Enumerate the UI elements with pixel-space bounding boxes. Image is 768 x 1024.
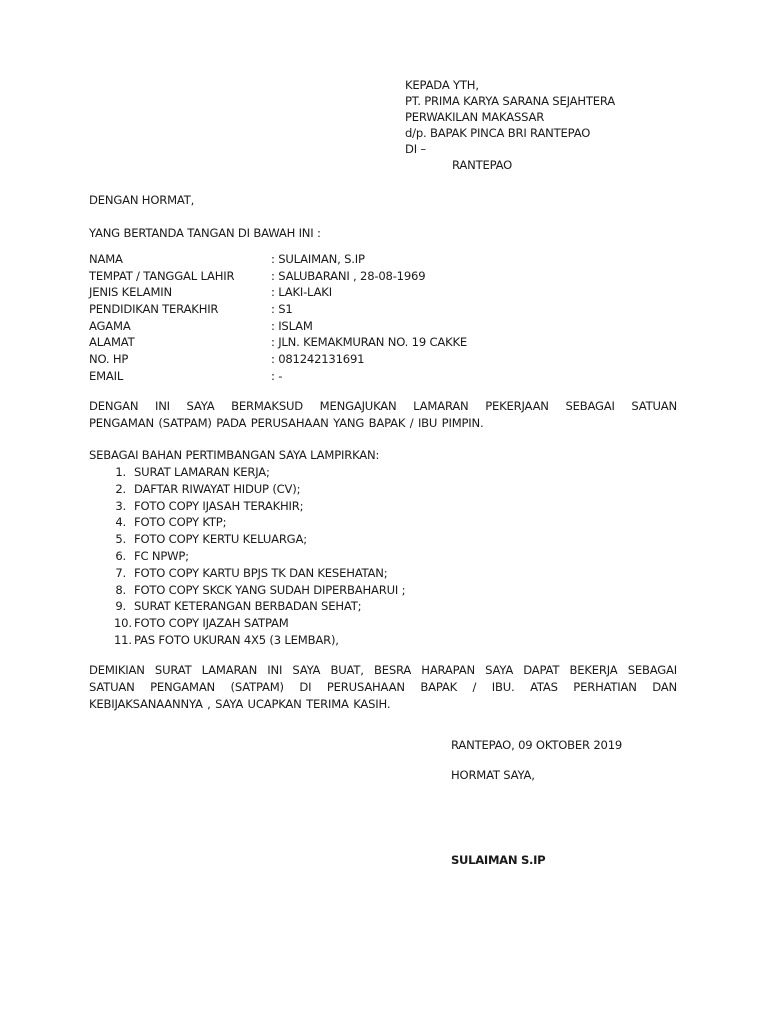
list-item: 5.FOTO COPY KERTU KELUARGA;	[89, 531, 405, 548]
list-text: PAS FOTO UKURAN 4X5 (3 LEMBAR),	[134, 632, 339, 649]
identity-label: JENIS KELAMIN	[89, 284, 271, 301]
list-number: 8.	[89, 582, 134, 599]
list-text: FOTO COPY KERTU KELUARGA;	[134, 531, 307, 548]
identity-value: : SALUBARANI , 28-08-1969	[271, 268, 425, 285]
attachments-list: 1.SURAT LAMARAN KERJA; 2.DAFTAR RIWAYAT …	[89, 464, 405, 649]
list-number: 1.	[89, 464, 134, 481]
identity-row-email: EMAIL : -	[89, 368, 467, 385]
list-number: 4.	[89, 514, 134, 531]
list-text: SURAT LAMARAN KERJA;	[134, 464, 270, 481]
identity-value: : LAKI-LAKI	[271, 284, 332, 301]
letter-page: KEPADA YTH, PT. PRIMA KARYA SARANA SEJAH…	[0, 0, 768, 1024]
list-item: 11.PAS FOTO UKURAN 4X5 (3 LEMBAR),	[89, 632, 405, 649]
identity-table: NAMA : SULAIMAN, S.IP TEMPAT / TANGGAL L…	[89, 251, 467, 385]
recipient-line: DI –	[405, 141, 615, 157]
identity-label: NO. HP	[89, 351, 271, 368]
identity-label: PENDIDIKAN TERAKHIR	[89, 301, 271, 318]
recipient-line: d/p. BAPAK PINCA BRI RANTEPAO	[405, 125, 615, 141]
identity-label: AGAMA	[89, 318, 271, 335]
identity-row-phone: NO. HP : 081242131691	[89, 351, 467, 368]
identity-value: : SULAIMAN, S.IP	[271, 251, 365, 268]
attachments-heading: SEBAGAI BAHAN PERTIMBANGAN SAYA LAMPIRKA…	[89, 447, 379, 464]
list-text: DAFTAR RIWAYAT HIDUP (CV);	[134, 481, 300, 498]
list-item: 8.FOTO COPY SKCK YANG SUDAH DIPERBAHARUI…	[89, 582, 405, 599]
list-item: 9.SURAT KETERANGAN BERBADAN SEHAT;	[89, 598, 405, 615]
paragraph-line: KEBIJAKSANAANNYA , SAYA UCAPKAN TERIMA K…	[89, 696, 677, 713]
list-number: 10.	[89, 615, 134, 632]
list-number: 9.	[89, 598, 134, 615]
identity-label: TEMPAT / TANGGAL LAHIR	[89, 268, 271, 285]
identity-value: : ISLAM	[271, 318, 313, 335]
place-date: RANTEPAO, 09 OKTOBER 2019	[451, 737, 622, 753]
list-item: 1.SURAT LAMARAN KERJA;	[89, 464, 405, 481]
list-number: 11.	[89, 632, 134, 649]
identity-label: NAMA	[89, 251, 271, 268]
list-item: 6.FC NPWP;	[89, 548, 405, 565]
closing-paragraph: DEMIKIAN SURAT LAMARAN INI SAYA BUAT, BE…	[89, 662, 677, 713]
identity-label: ALAMAT	[89, 334, 271, 351]
list-text: SURAT KETERANGAN BERBADAN SEHAT;	[134, 598, 361, 615]
identity-row-religion: AGAMA : ISLAM	[89, 318, 467, 335]
identity-value: : JLN. KEMAKMURAN NO. 19 CAKKE	[271, 334, 467, 351]
list-number: 7.	[89, 565, 134, 582]
list-item: 7.FOTO COPY KARTU BPJS TK DAN KESEHATAN;	[89, 565, 405, 582]
list-number: 6.	[89, 548, 134, 565]
recipient-line: PT. PRIMA KARYA SARANA SEJAHTERA	[405, 93, 615, 109]
list-number: 5.	[89, 531, 134, 548]
recipient-line: KEPADA YTH,	[405, 77, 615, 93]
list-text: FOTO COPY IJASAH TERAKHIR;	[134, 498, 303, 515]
identity-value: : 081242131691	[271, 351, 364, 368]
application-paragraph: DENGAN INI SAYA BERMAKSUD MENGAJUKAN LAM…	[89, 398, 677, 432]
identity-row-education: PENDIDIKAN TERAKHIR : S1	[89, 301, 467, 318]
identity-row-birth: TEMPAT / TANGGAL LAHIR : SALUBARANI , 28…	[89, 268, 467, 285]
list-number: 2.	[89, 481, 134, 498]
list-text: FC NPWP;	[134, 548, 189, 565]
recipient-line: PERWAKILAN MAKASSAR	[405, 109, 615, 125]
identity-row-address: ALAMAT : JLN. KEMAKMURAN NO. 19 CAKKE	[89, 334, 467, 351]
list-item: 2.DAFTAR RIWAYAT HIDUP (CV);	[89, 481, 405, 498]
list-text: FOTO COPY IJAZAH SATPAM	[134, 615, 289, 632]
list-item: 3.FOTO COPY IJASAH TERAKHIR;	[89, 498, 405, 515]
signature-name: SULAIMAN S.IP	[451, 852, 545, 868]
identity-row-gender: JENIS KELAMIN : LAKI-LAKI	[89, 284, 467, 301]
recipient-city: RANTEPAO	[405, 157, 615, 173]
list-item: 4.FOTO COPY KTP;	[89, 514, 405, 531]
paragraph-line: DENGAN INI SAYA BERMAKSUD MENGAJUKAN LAM…	[89, 398, 677, 415]
list-number: 3.	[89, 498, 134, 515]
salutation: DENGAN HORMAT,	[89, 192, 677, 208]
intro-line: YANG BERTANDA TANGAN DI BAWAH INI :	[89, 225, 677, 241]
identity-row-name: NAMA : SULAIMAN, S.IP	[89, 251, 467, 268]
identity-value: : S1	[271, 301, 293, 318]
regards: HORMAT SAYA,	[451, 767, 535, 783]
paragraph-line: SATUAN PENGAMAN (SATPAM) DI PERUSAHAAN B…	[89, 679, 677, 696]
list-text: FOTO COPY KARTU BPJS TK DAN KESEHATAN;	[134, 565, 387, 582]
identity-value: : -	[271, 368, 282, 385]
recipient-address: KEPADA YTH, PT. PRIMA KARYA SARANA SEJAH…	[405, 77, 615, 173]
list-text: FOTO COPY KTP;	[134, 514, 226, 531]
list-text: FOTO COPY SKCK YANG SUDAH DIPERBAHARUI ;	[134, 582, 405, 599]
paragraph-line: DEMIKIAN SURAT LAMARAN INI SAYA BUAT, BE…	[89, 662, 677, 679]
identity-label: EMAIL	[89, 368, 271, 385]
list-item: 10.FOTO COPY IJAZAH SATPAM	[89, 615, 405, 632]
paragraph-line: PENGAMAN (SATPAM) PADA PERUSAHAAN YANG B…	[89, 416, 483, 430]
